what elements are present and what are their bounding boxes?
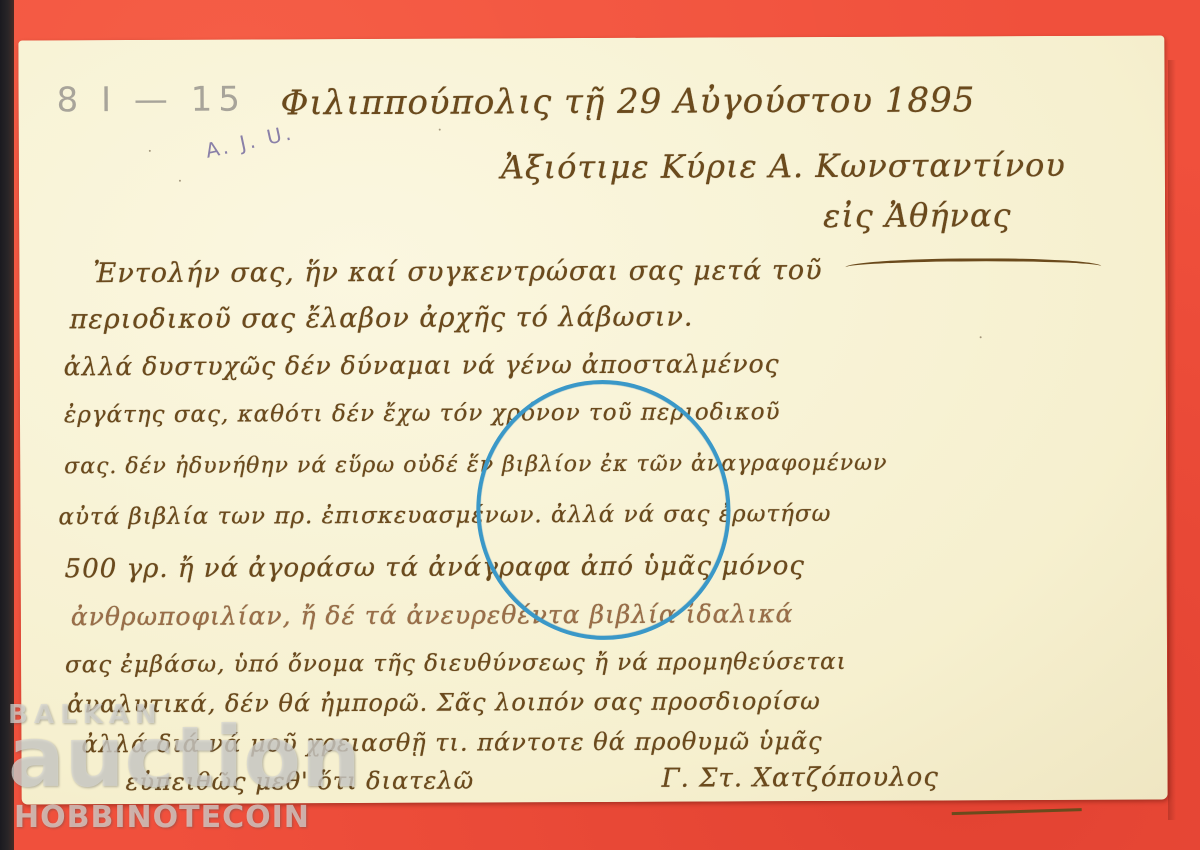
paper-specks [18, 36, 1164, 41]
letter-salutation: Ἀξιότιμε Κύριε Α. Κωνσταντίνου [501, 146, 1066, 186]
letter-signature: Γ. Στ. Χατζόπουλος [662, 762, 939, 793]
violet-stamp: A. J. U. [203, 120, 296, 162]
letter-destination: εἰς Ἀθήνας [823, 196, 1012, 235]
signature-flourish [952, 808, 1082, 815]
letter-line-2: περιοδικοῦ σας ἔλαβον ἀρχῆς τό λάβωσιν. [69, 302, 693, 336]
pencil-annotation: 8 I — 15 [57, 80, 247, 121]
destination-underline-flourish [845, 258, 1101, 276]
letter-line-5: σας. δέν ἠδυνήθην νά εὕρω οὐδέ ἕν βιβλίο… [64, 451, 887, 480]
card-edge-shadow [1168, 60, 1176, 820]
letter-dateline: Φιλιππούπολις τῇ 29 Αὐγούστου 1895 [281, 80, 976, 123]
letter-line-1: Ἐντολήν σας, ἥν καί συγκεντρώσαι σας μετ… [93, 255, 822, 289]
letter-line-3: ἀλλά δυστυχῶς δέν δύναμαι νά γένω ἀποστα… [64, 349, 780, 381]
letter-line-9: σας ἐμβάσω, ὑπό ὄνομα τῆς διευθύνσεως ἤ … [65, 649, 847, 678]
watermark-hobbinotecoin: HOBBINOTECOIN [14, 800, 310, 835]
postal-card: 8 I — 15 A. J. U. Φιλιππούπολις τῇ 29 Αὐ… [18, 36, 1167, 805]
watermark-auction: auction [8, 708, 361, 806]
